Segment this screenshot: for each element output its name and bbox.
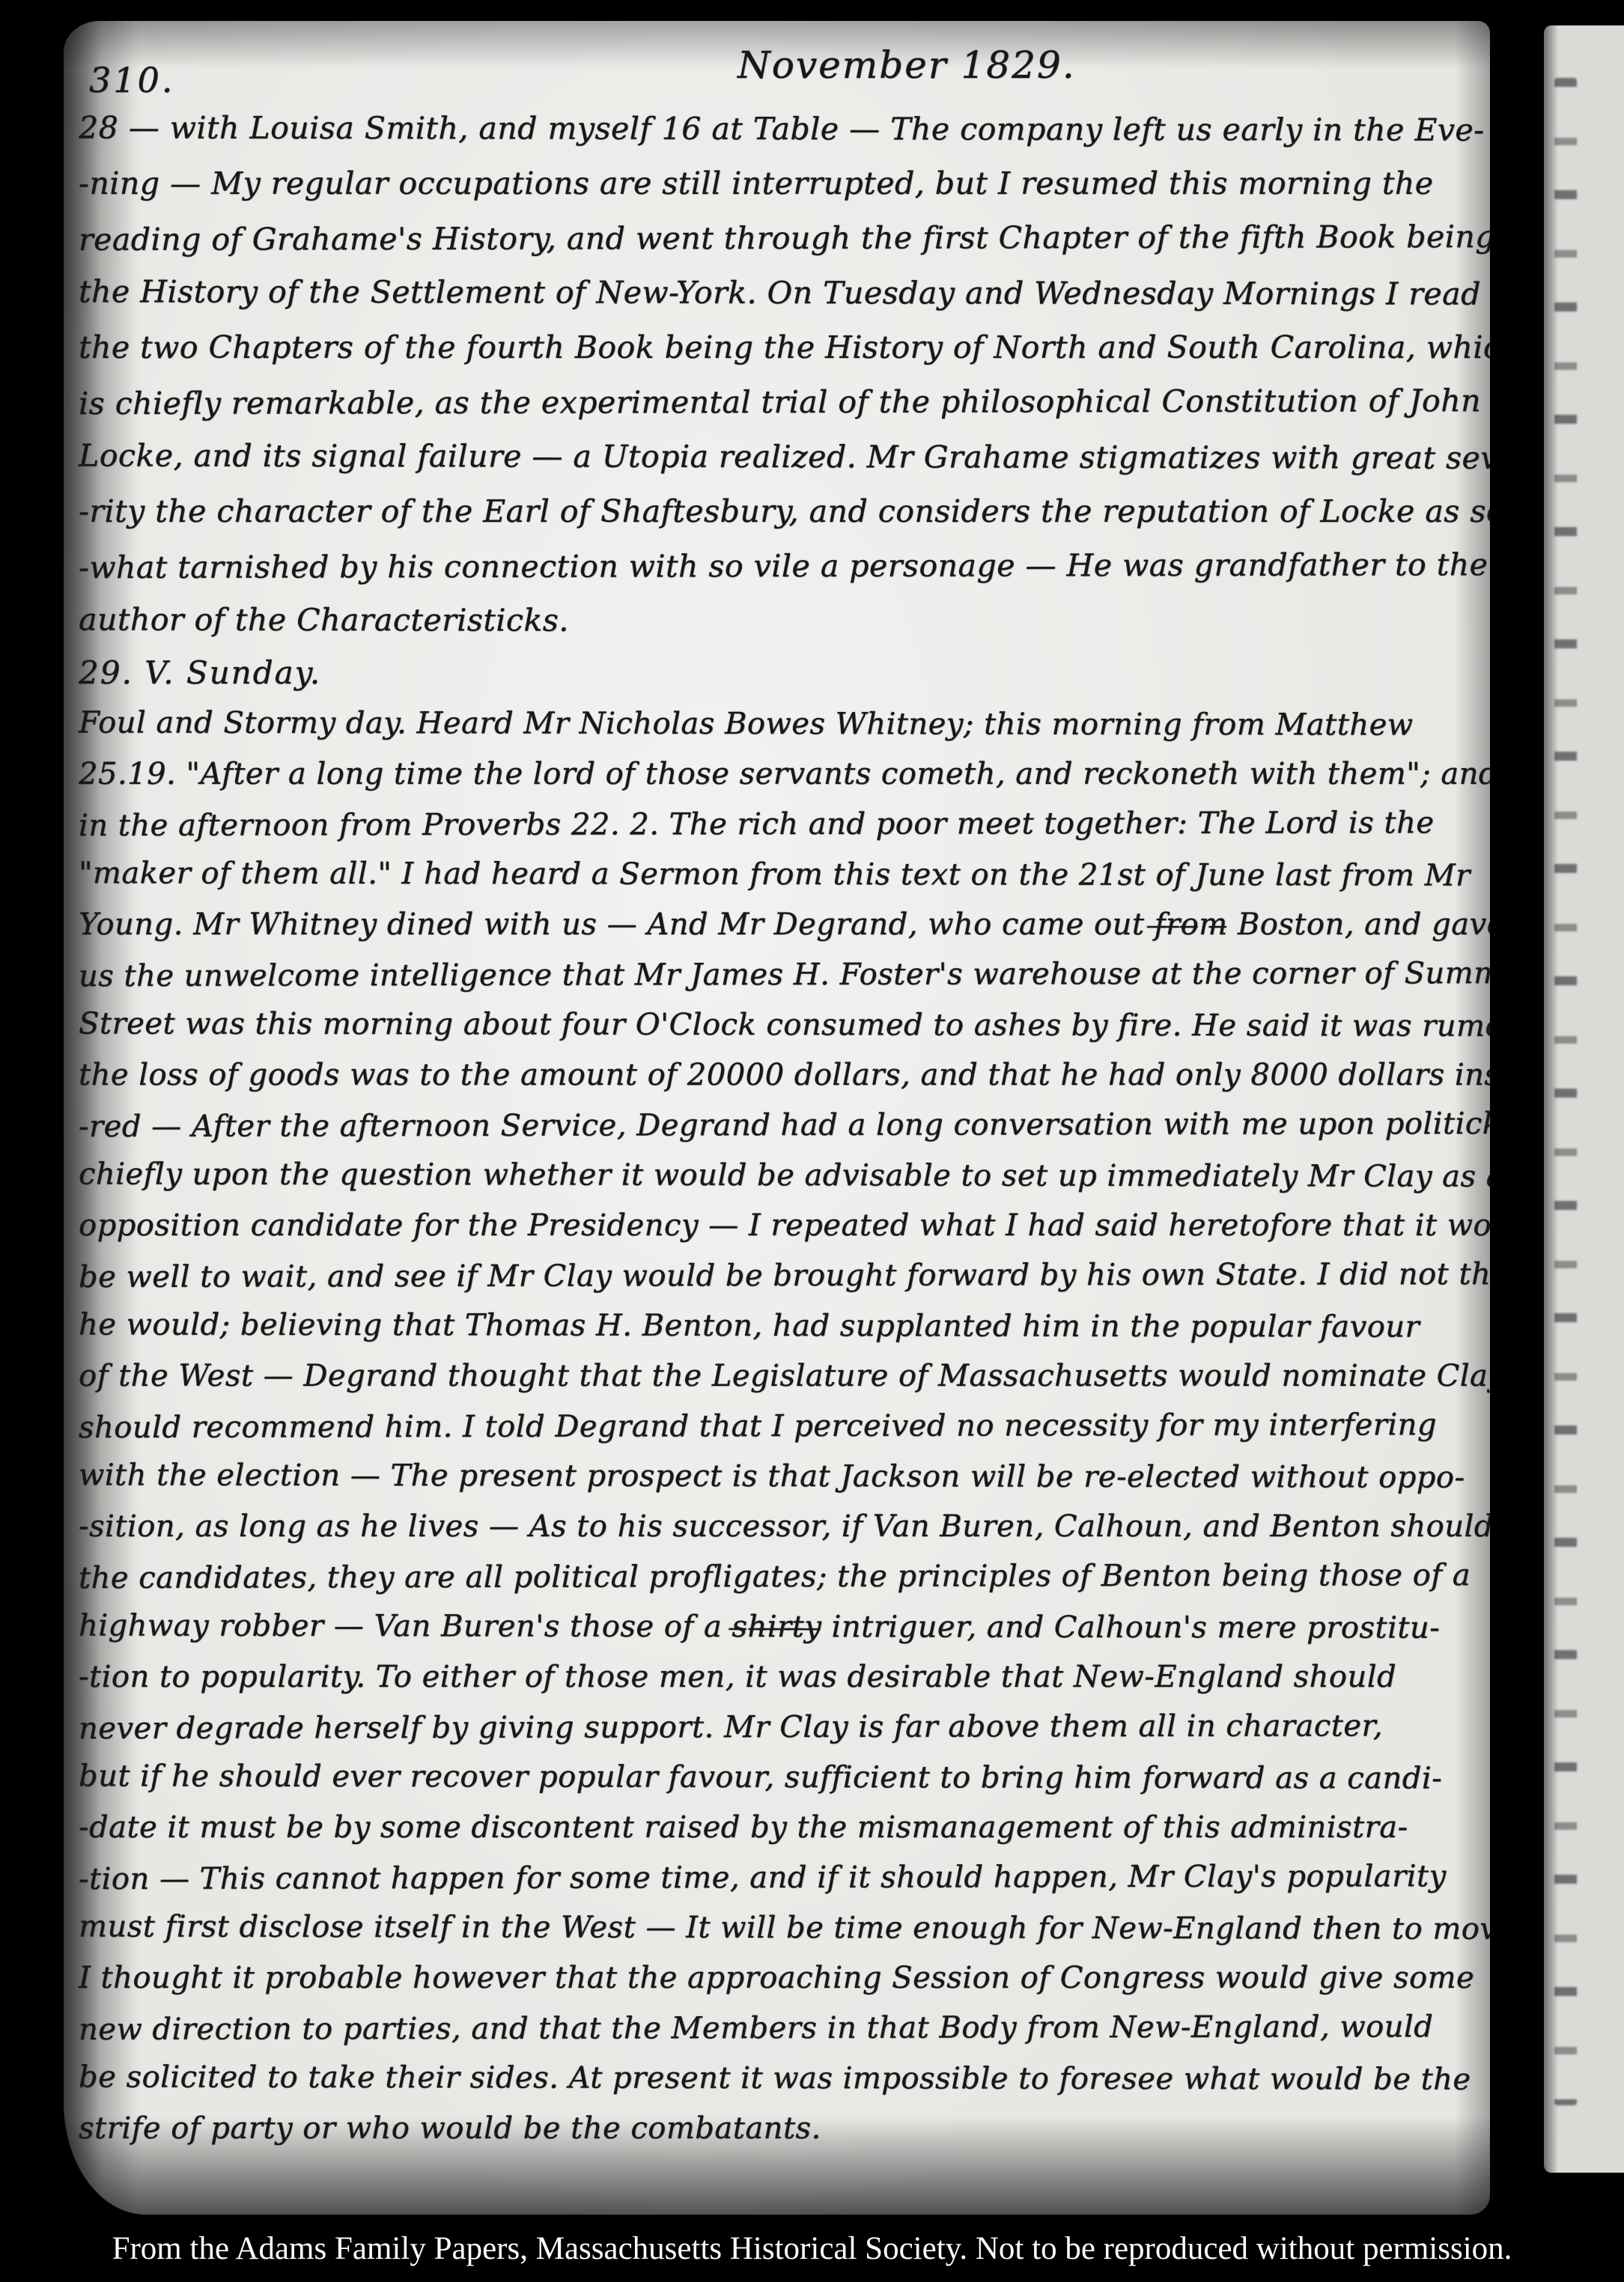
caption-bar: From the Adams Family Papers, Massachuse… bbox=[0, 2215, 1624, 2282]
manuscript-line: be solicited to take their sides. At pre… bbox=[79, 2060, 1485, 2112]
manuscript-line: strife of party or who would be the comb… bbox=[79, 2111, 1485, 2161]
caption-text: From the Adams Family Papers, Massachuse… bbox=[112, 2230, 1512, 2267]
manuscript-line: never degrade herself by giving support.… bbox=[79, 1709, 1485, 1762]
manuscript-line: he would; believing that Thomas H. Bento… bbox=[79, 1307, 1485, 1360]
facing-page-text-fragments bbox=[1554, 78, 1577, 2105]
manuscript-line: us the unwelcome intelligence that Mr Ja… bbox=[79, 956, 1485, 1009]
manuscript-line: -tion — This cannot happen for some time… bbox=[79, 1859, 1485, 1912]
manuscript-line: Foul and Stormy day. Heard Mr Nicholas B… bbox=[79, 705, 1485, 758]
manuscript-line: must first disclose itself in the West —… bbox=[79, 1909, 1485, 1962]
diary-entry-29: Foul and Stormy day. Heard Mr Nicholas B… bbox=[79, 707, 1485, 2161]
manuscript-line: Locke, and its signal failure — a Utopia… bbox=[79, 437, 1485, 494]
date-header: November 1829. bbox=[738, 43, 1076, 87]
manuscript-line: the two Chapters of the fourth Book bein… bbox=[79, 329, 1485, 384]
diary-entry-29-heading: 29. V. Sunday. bbox=[79, 654, 321, 691]
manuscript-line: -tion to popularity. To either of those … bbox=[79, 1660, 1485, 1710]
manuscript-line: chiefly upon the question whether it wou… bbox=[79, 1157, 1485, 1209]
manuscript-line: -red — After the afternoon Service, Degr… bbox=[79, 1107, 1485, 1160]
manuscript-line: of the West — Degrand thought that the L… bbox=[79, 1359, 1485, 1409]
diary-entry-28: 28 — with Louisa Smith, and myself 16 at… bbox=[79, 111, 1485, 657]
manuscript-line: "maker of them all." I had heard a Sermo… bbox=[79, 856, 1485, 908]
manuscript-line: the loss of goods was to the amount of 2… bbox=[79, 1058, 1485, 1108]
manuscript-page: 310. November 1829. 28 — with Louisa Smi… bbox=[64, 21, 1490, 2215]
manuscript-line: I thought it probable however that the a… bbox=[79, 1961, 1485, 2011]
manuscript-line: be well to wait, and see if Mr Clay woul… bbox=[79, 1257, 1485, 1310]
manuscript-line: -rity the character of the Earl of Shaft… bbox=[79, 493, 1485, 548]
manuscript-line: opposition candidate for the Presidency … bbox=[79, 1208, 1485, 1259]
manuscript-line: with the election — The present prospect… bbox=[79, 1458, 1485, 1510]
manuscript-line: but if he should ever recover popular fa… bbox=[79, 1759, 1485, 1811]
manuscript-line: in the afternoon from Proverbs 22. 2. Th… bbox=[79, 806, 1485, 859]
manuscript-line: -sition, as long as he lives — As to his… bbox=[79, 1509, 1485, 1560]
facing-page-edge bbox=[1544, 25, 1624, 2173]
manuscript-line: new direction to parties, and that the M… bbox=[79, 2009, 1485, 2063]
manuscript-line: reading of Grahame's History, and went t… bbox=[79, 219, 1485, 276]
manuscript-line: 28 — with Louisa Smith, and myself 16 at… bbox=[79, 109, 1485, 166]
manuscript-line: -date it must be by some discontent rais… bbox=[79, 1810, 1485, 1860]
page-number: 310. bbox=[89, 60, 174, 100]
manuscript-line: the History of the Settlement of New-Yor… bbox=[79, 273, 1485, 330]
manuscript-line: should recommend him. I told Degrand tha… bbox=[79, 1408, 1485, 1461]
manuscript-line: Young. Mr Whitney dined with us — And Mr… bbox=[79, 907, 1485, 958]
manuscript-line: -ning — My regular occupations are still… bbox=[79, 165, 1485, 220]
manuscript-line: author of the Characteristicks. bbox=[79, 601, 1485, 658]
manuscript-line: highway robber — Van Buren's those of a … bbox=[79, 1608, 1485, 1661]
manuscript-line: -what tarnished by his connection with s… bbox=[79, 547, 1485, 604]
manuscript-line: Street was this morning about four O'Clo… bbox=[79, 1006, 1485, 1059]
manuscript-line: the candidates, they are all political p… bbox=[79, 1558, 1485, 1611]
manuscript-line: is chiefly remarkable, as the experiment… bbox=[79, 383, 1485, 440]
manuscript-line: 25.19. "After a long time the lord of th… bbox=[79, 757, 1485, 807]
